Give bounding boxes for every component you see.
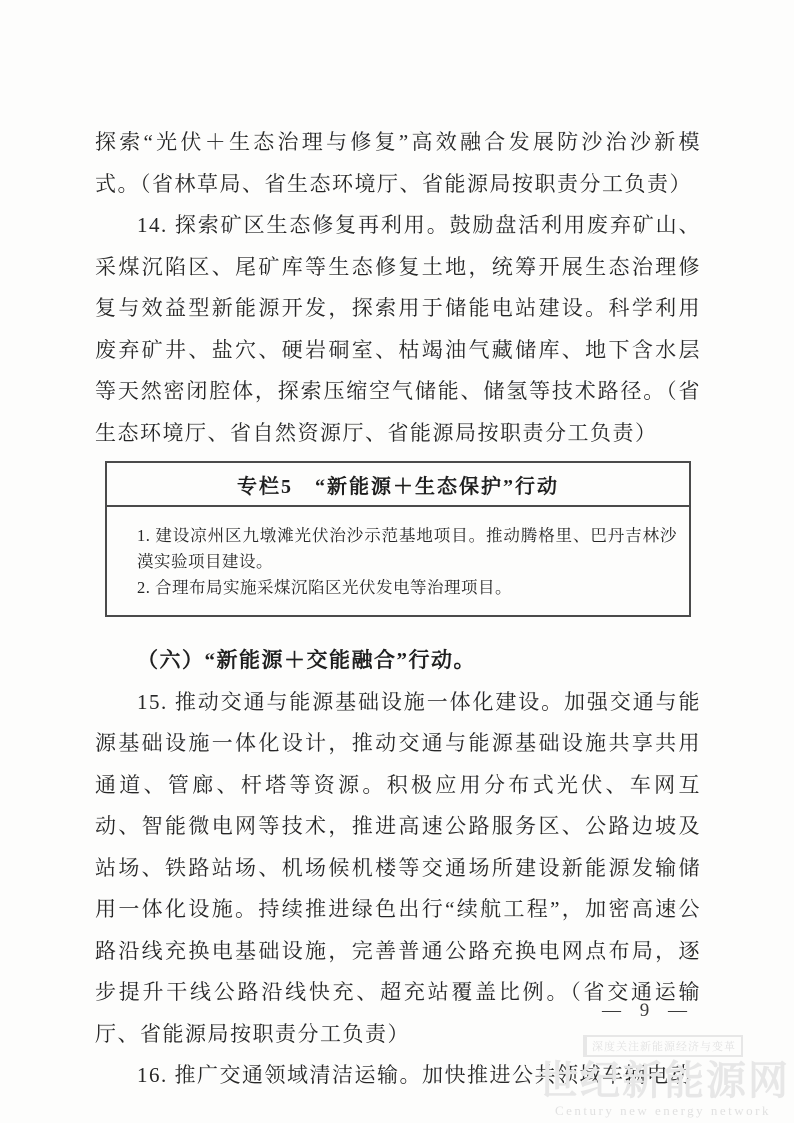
- feature-box-body: 1. 建设凉州区九墩滩光伏治沙示范基地项目。推动腾格里、巴丹吉林沙漠实验项目建设…: [107, 507, 689, 615]
- page-number: — 9 —: [602, 1000, 688, 1022]
- paragraph-item-15: 15. 推动交通与能源基础设施一体化建设。加强交通与能源基础设施一体化设计，推动…: [95, 682, 701, 1056]
- watermark-tagline: 深度关注新能源经济与变革: [583, 1035, 743, 1057]
- feature-box-item-2: 2. 合理布局实施采煤沉陷区光伏发电等治理项目。: [137, 575, 677, 601]
- feature-box-item-1: 1. 建设凉州区九墩滩光伏治沙示范基地项目。推动腾格里、巴丹吉林沙漠实验项目建设…: [137, 523, 677, 575]
- paragraph-continuation: 探索“光伏＋生态治理与修复”高效融合发展防沙治沙新模式。（省林草局、省生态环境厅…: [95, 122, 701, 205]
- feature-box-column5: 专栏5 “新能源＋生态保护”行动 1. 建设凉州区九墩滩光伏治沙示范基地项目。推…: [105, 461, 691, 617]
- watermark: 深度关注新能源经济与变革 世纪新能源网 Century new energy n…: [538, 1035, 788, 1119]
- document-page: 探索“光伏＋生态治理与修复”高效融合发展防沙治沙新模式。（省林草局、省生态环境厅…: [0, 0, 794, 1123]
- document-content: 探索“光伏＋生态治理与修复”高效融合发展防沙治沙新模式。（省林草局、省生态环境厅…: [95, 122, 701, 1097]
- paragraph-item-14: 14. 探索矿区生态修复再利用。鼓励盘活利用废弃矿山、采煤沉陷区、尾矿库等生态修…: [95, 205, 701, 454]
- feature-box-title: 专栏5 “新能源＋生态保护”行动: [107, 463, 689, 507]
- watermark-brand-english: Century new energy network: [538, 1103, 788, 1119]
- section-heading-6: （六）“新能源＋交能融合”行动。: [95, 640, 701, 682]
- watermark-brand-logo: 世纪新能源网: [538, 1059, 788, 1103]
